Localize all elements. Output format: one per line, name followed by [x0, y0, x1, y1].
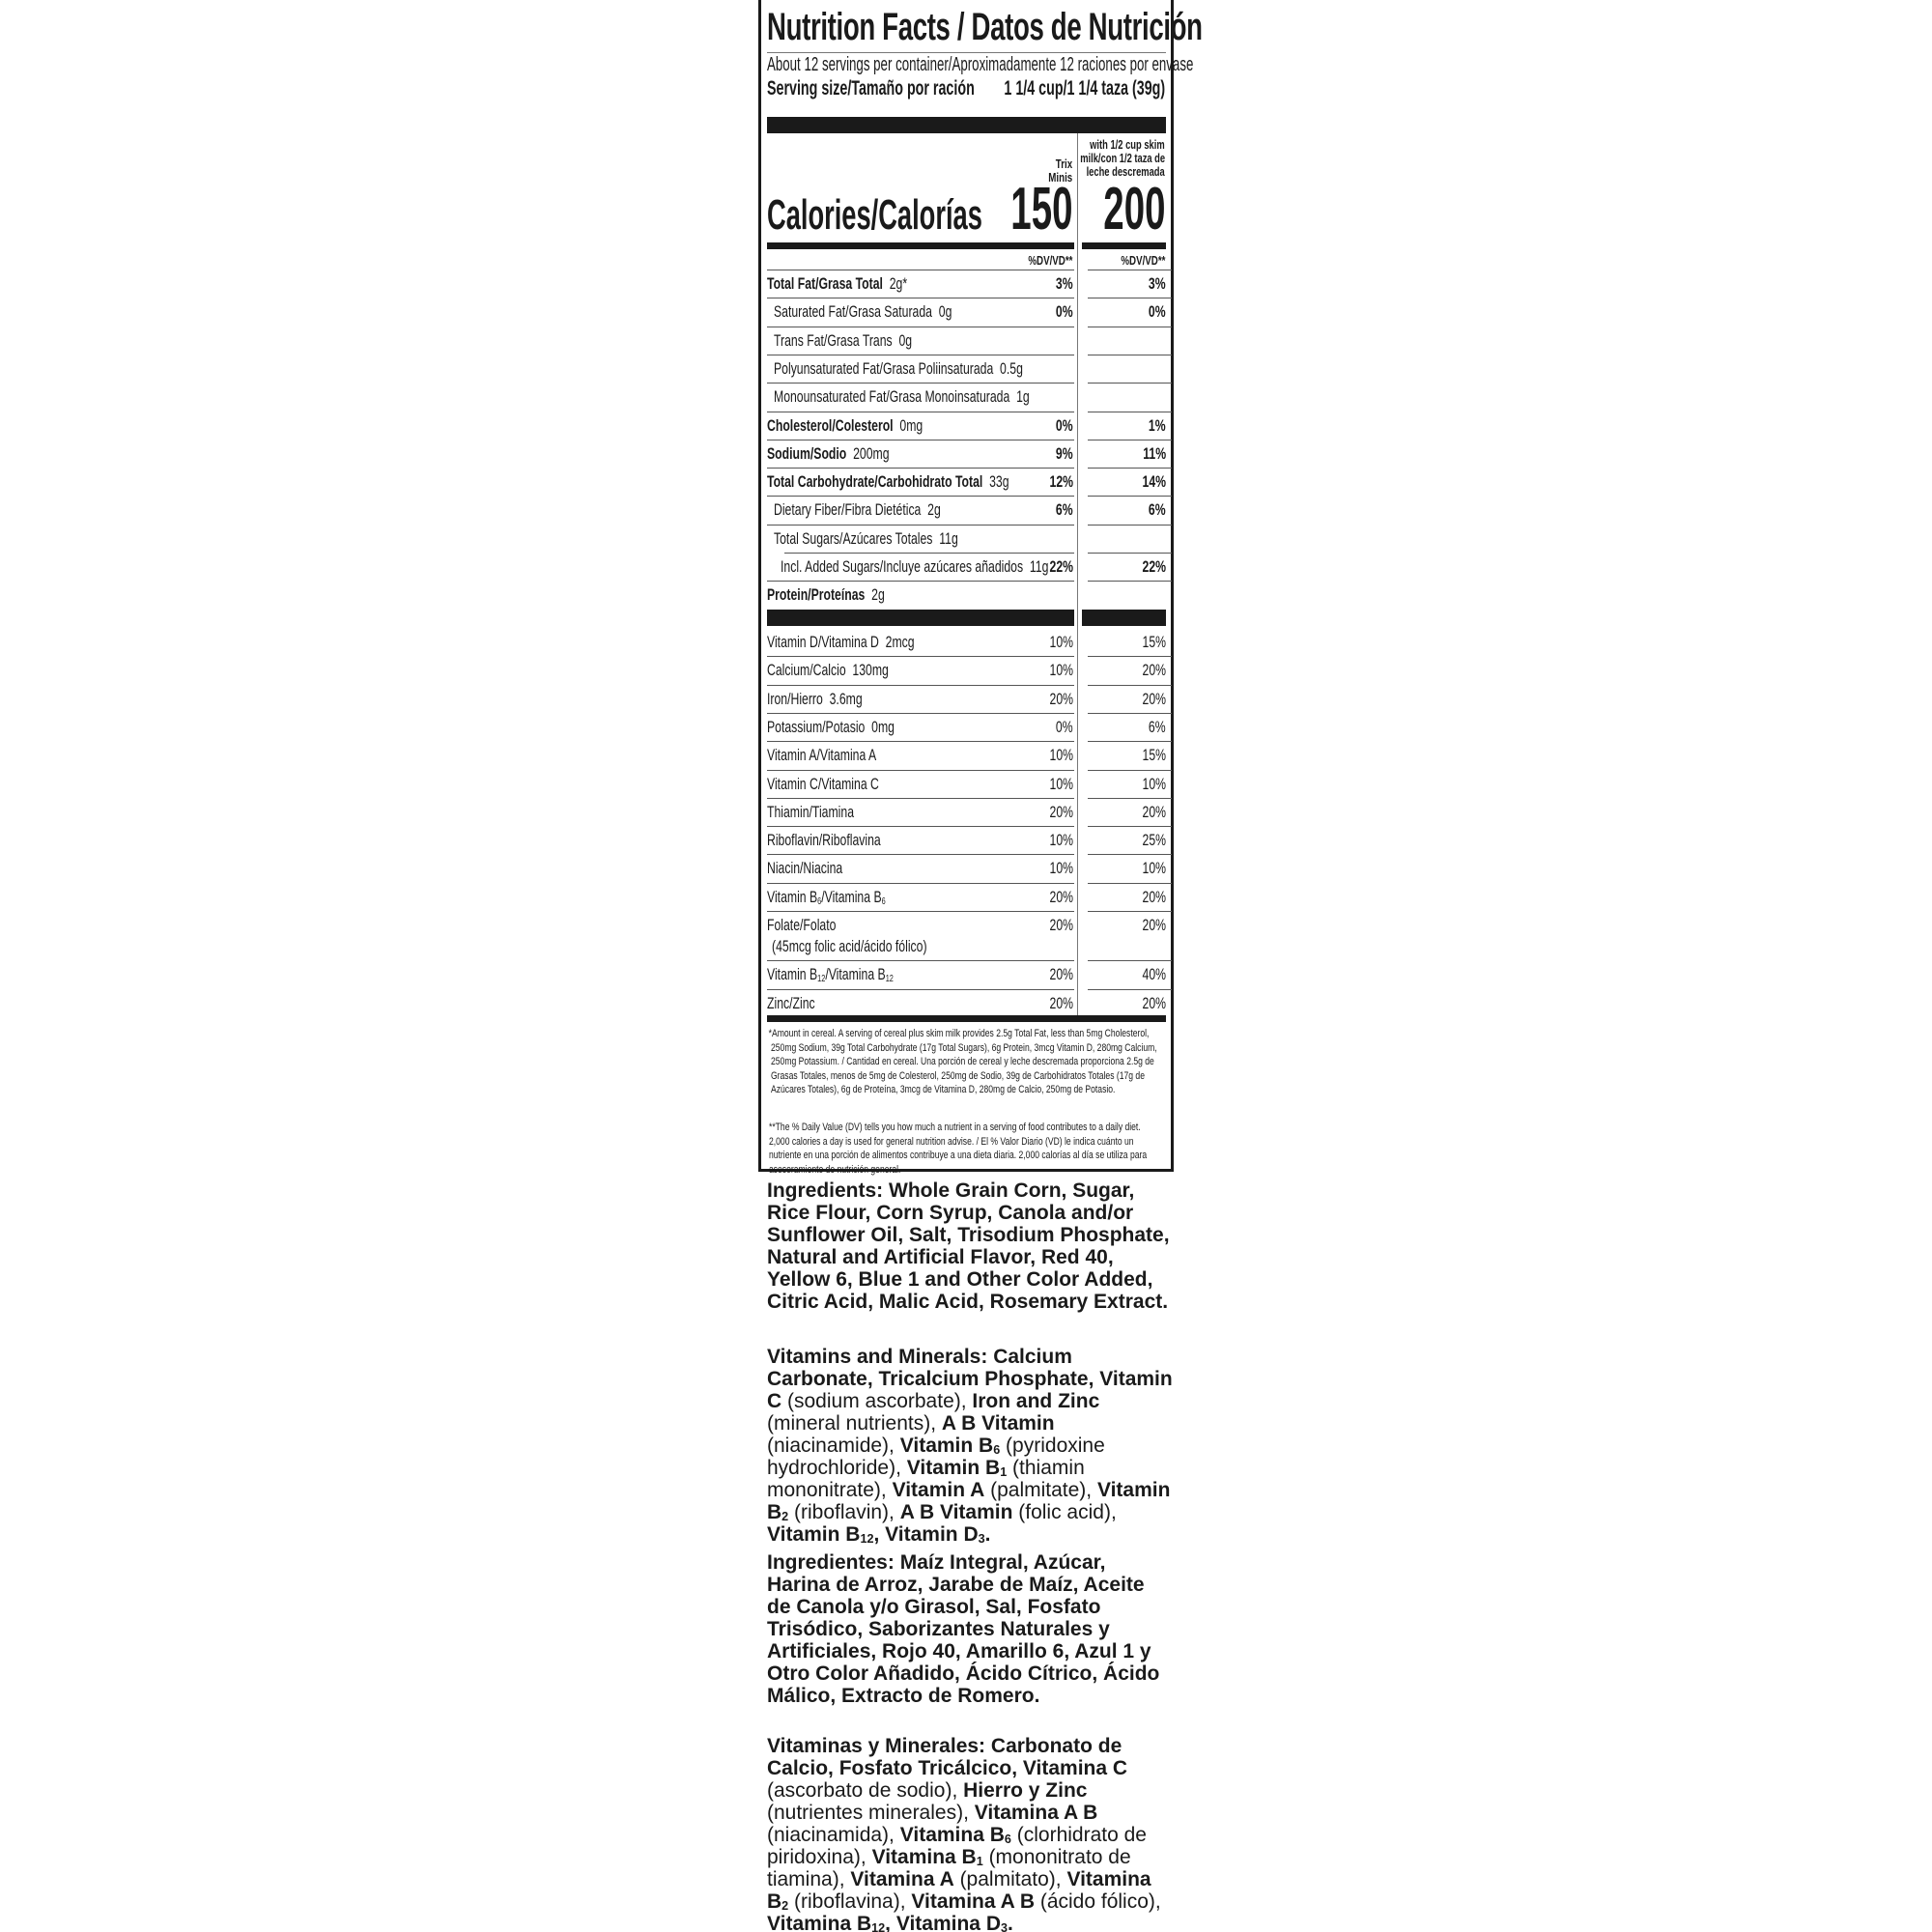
subscript: 3: [1001, 1921, 1008, 1932]
vitamin-dv-col1: 20%: [1049, 916, 1073, 935]
vitamin-row: Potassium/Potasio 0mg0%6%: [767, 713, 1166, 741]
nutrient-name: Incl. Added Sugars/Incluye azúcares añad…: [781, 557, 1048, 577]
vitamins-minerals-spanish-label: Vitaminas y Minerales:: [767, 1735, 985, 1757]
vitamins-minerals-english-text: Calcium Carbonate, Tricalcium Phosphate,…: [767, 1346, 1173, 1546]
nutrient-dv-col1: 3%: [1056, 274, 1073, 294]
nutrient-row: Monounsaturated Fat/Grasa Monoinsaturada…: [767, 383, 1166, 411]
nutrient-name: Protein/Proteínas 2g: [767, 585, 885, 605]
nutrient-row: Sodium/Sodio 200mg9%11%: [767, 440, 1166, 468]
title-rule: [767, 52, 1166, 53]
vitamin-dv-col2: 20%: [1142, 888, 1166, 907]
ingredient-fragment: Vitamina A: [850, 1868, 953, 1890]
vitamin-row: Iron/Hierro 3.6mg20%20%: [767, 685, 1166, 713]
ingredient-fragment: (nutrientes minerales),: [767, 1802, 975, 1824]
row-rule-left: [767, 656, 1074, 657]
serving-size-value: 1 1/4 cup/1 1/4 taza (39g): [928, 77, 1165, 100]
row-rule-left: [767, 798, 1074, 799]
vitamin-name: Riboflavin/Riboflavina: [767, 831, 881, 850]
vitamin-dv-col1: 10%: [1049, 661, 1073, 680]
nutrient-name-text: Total Fat/Grasa Total: [767, 274, 883, 293]
footnote-1-text: *Amount in cereal. A serving of cereal p…: [769, 1028, 1157, 1095]
row-rule-left: [767, 770, 1074, 771]
ingredient-fragment: (palmitato),: [954, 1868, 1067, 1890]
vitamin-dv-col2: 10%: [1142, 775, 1166, 794]
nutrient-name: Cholesterol/Colesterol 0mg: [767, 416, 923, 436]
vitamin-dv-col2: 15%: [1142, 746, 1166, 765]
nutrient-name: Monounsaturated Fat/Grasa Monoinsaturada…: [774, 387, 1030, 407]
nutrient-row: Polyunsaturated Fat/Grasa Poliinsaturada…: [767, 355, 1166, 383]
row-rule-left: [767, 383, 1074, 384]
ingredient-fragment: A B Vitamin: [900, 1501, 1013, 1523]
vitamin-row: Vitamin B6/Vitamina B620%20%: [767, 883, 1166, 911]
row-rule-right: [1088, 270, 1172, 270]
ingredient-fragment: Hierro y Zinc: [963, 1779, 1087, 1802]
row-rule-right: [1088, 468, 1172, 469]
nutrient-name-text: Saturated Fat/Grasa Saturada: [774, 302, 932, 321]
vitamin-name-text: Riboflavin/Riboflavina: [767, 831, 881, 849]
vitamin-dv-col1: 20%: [1049, 994, 1073, 1013]
nutrient-amount: 2g: [865, 585, 884, 604]
ingredient-fragment: Vitamina B: [767, 1913, 871, 1932]
nutrient-name-text: Trans Fat/Grasa Trans: [774, 331, 893, 350]
vitamin-amount: 3.6mg: [823, 690, 863, 708]
dv-header-col1: %DV/VD**: [1013, 253, 1072, 268]
vitamin-row: Riboflavin/Riboflavina10%25%: [767, 826, 1166, 854]
nutrient-name-text: Total Carbohydrate/Carbohidrato Total: [767, 472, 982, 491]
ingredient-fragment: (palmitate),: [984, 1479, 1097, 1501]
ingredient-fragment: (riboflavin),: [788, 1501, 900, 1523]
ingredient-fragment: Vitamin B: [907, 1457, 1000, 1479]
nutrient-dv-col2: 22%: [1142, 557, 1166, 577]
nutrient-name: Total Sugars/Azúcares Totales 11g: [774, 529, 958, 549]
row-rule-left: [767, 826, 1074, 827]
nutrient-dv-col2: 11%: [1143, 444, 1166, 464]
vitamin-amount: 2mcg: [879, 633, 915, 651]
ingredients-spanish-label: Ingredientes:: [767, 1551, 895, 1574]
nutrient-row: Trans Fat/Grasa Trans 0g: [767, 327, 1166, 355]
row-rule-left: [767, 854, 1074, 855]
col2-header: with 1/2 cup skim milk/con 1/2 taza de l…: [1047, 138, 1165, 179]
row-rule-right: [1088, 553, 1172, 554]
subscript: 12: [860, 1532, 873, 1546]
nutrient-name-text: Dietary Fiber/Fibra Dietética: [774, 500, 921, 519]
vitamin-dv-col2: 20%: [1142, 994, 1166, 1013]
servings-per-container-text: About 12 servings per container/Aproxima…: [767, 54, 1193, 76]
row-rule-left: [767, 412, 1074, 412]
row-rule-right: [1088, 525, 1172, 526]
nutrient-amount: 0g: [893, 331, 912, 350]
vitamin-name: Vitamin C/Vitamina C: [767, 775, 879, 794]
row-rule-left: [767, 270, 1074, 270]
vitamin-row: Thiamin/Tiamina20%20%: [767, 798, 1166, 826]
nutrient-amount: 11g: [932, 529, 957, 548]
vitamin-name-text: Vitamin C/Vitamina C: [767, 775, 879, 793]
row-rule-left: [767, 741, 1074, 742]
vitamin-name-text: Vitamin B6/Vitamina B6: [767, 888, 886, 906]
ingredient-fragment: .: [1008, 1913, 1013, 1932]
vitamin-dv-col1: 10%: [1049, 859, 1073, 878]
nutrient-amount: 11g: [1023, 557, 1048, 576]
row-rule-right: [1088, 911, 1172, 912]
nutrient-row: Protein/Proteínas 2g: [767, 581, 1166, 609]
serving-size-value-text: 1 1/4 cup/1 1/4 taza (39g): [1004, 77, 1165, 100]
row-rule-right: [1088, 496, 1172, 497]
nutrient-name-text: Cholesterol/Colesterol: [767, 416, 894, 435]
nutrient-amount: 33g: [982, 472, 1009, 491]
vitamin-name: Calcium/Calcio 130mg: [767, 661, 889, 680]
row-rule-left: [784, 553, 1074, 554]
nutrient-name: Polyunsaturated Fat/Grasa Poliinsaturada…: [774, 359, 1023, 379]
row-rule-right: [1088, 713, 1172, 714]
ingredient-fragment: Vitamin A: [893, 1479, 985, 1501]
vitamin-dv-col1: 20%: [1049, 690, 1073, 709]
row-rule-right: [1088, 355, 1172, 355]
vitamin-name: Vitamin B12/Vitamina B12: [767, 965, 894, 984]
dv-header-col1-text: %DV/VD**: [1028, 253, 1072, 268]
nutrient-name-text: Protein/Proteínas: [767, 585, 865, 604]
ingredient-fragment: (folic acid),: [1012, 1501, 1116, 1523]
nutrient-name-text: Total Sugars/Azúcares Totales: [774, 529, 932, 548]
vitamin-row: Vitamin D/Vitamina D 2mcg10%15%: [767, 628, 1166, 656]
calories-col2-value: 200: [1103, 180, 1165, 240]
row-rule-right: [1088, 581, 1172, 582]
vitamin-dv-col2: 20%: [1142, 661, 1166, 680]
thick-bar-top: [767, 117, 1166, 133]
nutrient-row: Total Sugars/Azúcares Totales 11g: [767, 525, 1166, 553]
nutrition-facts-label: Nutrition Facts / Datos de Nutrición Abo…: [758, 0, 1174, 1172]
nutrient-dv-col1: 12%: [1049, 472, 1073, 492]
vitamins-bar-left: [767, 610, 1074, 626]
vitamins-bar-right: [1082, 610, 1166, 626]
vitamin-name: Iron/Hierro 3.6mg: [767, 690, 863, 709]
subscript: 12: [871, 1921, 885, 1932]
vitamin-amount: (45mcg folic acid/ácido fólico): [772, 937, 927, 956]
vitamin-dv-col1: 10%: [1049, 831, 1073, 850]
vitamin-row: Folate/Folato(45mcg folic acid/ácido fól…: [767, 911, 1166, 960]
vitamins-minerals-english-label: Vitamins and Minerals:: [767, 1346, 987, 1368]
vitamin-name: Vitamin A/Vitamina A: [767, 746, 876, 765]
vitamin-name: Vitamin D/Vitamina D 2mcg: [767, 633, 915, 652]
vitamin-name-text: Niacin/Niacina: [767, 859, 842, 877]
ingredient-fragment: (mineral nutrients),: [767, 1412, 942, 1435]
vitamin-dv-col2: 40%: [1142, 965, 1166, 984]
row-rule-left: [767, 468, 1074, 469]
ingredient-fragment: Iron and Zinc: [972, 1390, 1099, 1412]
ingredient-fragment: A B Vitamin: [942, 1412, 1055, 1435]
vitamin-row: Niacin/Niacina10%10%: [767, 854, 1166, 882]
ingredient-fragment: Vitamina A B: [911, 1890, 1035, 1913]
nutrient-dv-col2: 3%: [1149, 274, 1166, 294]
row-rule-right: [1088, 798, 1172, 799]
ingredient-fragment: (ácido fólico),: [1035, 1890, 1161, 1913]
vitamins-minerals-spanish-text: Carbonato de Calcio, Fosfato Tricálcico,…: [767, 1735, 1161, 1932]
row-rule-left: [767, 355, 1074, 355]
vitamin-amount: 0mg: [865, 718, 895, 736]
vitamin-name-text: Vitamin B12/Vitamina B12: [767, 965, 894, 983]
vitamin-dv-col2: 6%: [1149, 718, 1166, 737]
vitamin-name-text: Zinc/Zinc: [767, 994, 815, 1012]
row-rule-right: [1088, 826, 1172, 827]
ingredients-spanish-text: Maíz Integral, Azúcar, Harina de Arroz, …: [767, 1551, 1159, 1707]
nutrient-row: Dietary Fiber/Fibra Dietética 2g6%6%: [767, 496, 1166, 524]
row-rule-right: [1088, 685, 1172, 686]
vitamin-name-text: Thiamin/Tiamina: [767, 803, 854, 821]
row-rule-right: [1088, 741, 1172, 742]
row-rule-right: [1088, 960, 1172, 961]
nutrient-name: Trans Fat/Grasa Trans 0g: [774, 331, 912, 351]
nutrient-amount: 0mg: [894, 416, 923, 435]
nutrient-name: Saturated Fat/Grasa Saturada 0g: [774, 302, 952, 322]
ingredients-spanish: Ingredientes: Maíz Integral, Azúcar, Har…: [767, 1551, 1173, 1707]
ingredients-english-label: Ingredients:: [767, 1179, 883, 1202]
vitamin-name-text: Folate/Folato: [767, 916, 836, 934]
nutrient-amount: 2g*: [883, 274, 907, 293]
nutrient-name-text: Polyunsaturated Fat/Grasa Poliinsaturada: [774, 359, 993, 378]
col2-header-line1: with 1/2 cup skim: [1090, 138, 1165, 152]
vitamins-minerals-spanish: Vitaminas y Minerales: Carbonato de Calc…: [767, 1735, 1173, 1932]
ingredient-fragment: , Vitamin D: [873, 1523, 978, 1546]
row-rule-left: [767, 989, 1074, 990]
row-rule-right: [1088, 412, 1172, 412]
row-rule-left: [767, 960, 1074, 961]
nutrient-amount: 200mg: [846, 444, 889, 463]
ingredient-fragment: Vitamin B: [900, 1435, 993, 1457]
calories-col2: 200: [1065, 180, 1165, 240]
nutrient-dv-col2: 6%: [1149, 500, 1166, 520]
vitamin-dv-col1: 10%: [1049, 775, 1073, 794]
ingredient-fragment: , Vitamina D: [885, 1913, 1001, 1932]
ingredient-fragment: (ascorbato de sodio),: [767, 1779, 963, 1802]
vitamin-name: Thiamin/Tiamina: [767, 803, 854, 822]
footnote-2-text: **The % Daily Value (DV) tells you how m…: [769, 1122, 1147, 1176]
row-rule-left: [767, 525, 1074, 526]
nutrient-amount: 2g: [921, 500, 940, 519]
vitamin-name: Potassium/Potasio 0mg: [767, 718, 895, 737]
vitamin-name: Zinc/Zinc: [767, 994, 815, 1013]
calories-col1: 150: [973, 180, 1072, 240]
servings-per-container: About 12 servings per container/Aproxima…: [767, 54, 1408, 76]
row-rule-left: [767, 298, 1074, 298]
vitamin-dv-col2: 20%: [1142, 690, 1166, 709]
vitamin-row: Vitamin A/Vitamina A10%15%: [767, 741, 1166, 769]
vitamin-row: Vitamin B12/Vitamina B1220%40%: [767, 960, 1166, 988]
nutrient-dv-col1: 9%: [1056, 444, 1073, 464]
vitamins-minerals-english: Vitamins and Minerals: Calcium Carbonate…: [767, 1346, 1173, 1546]
row-rule-right: [1088, 989, 1172, 990]
row-rule-left: [767, 911, 1074, 912]
row-rule-right: [1088, 440, 1172, 440]
vitamin-dv-col2: 15%: [1142, 633, 1166, 652]
row-rule-right: [1088, 298, 1172, 298]
nutrient-dv-col1: 22%: [1049, 557, 1073, 577]
nutrient-row: Total Fat/Grasa Total 2g*3%3%: [767, 270, 1166, 298]
nutrient-row: Cholesterol/Colesterol 0mg0%1%: [767, 412, 1166, 440]
nutrient-dv-col1: 6%: [1056, 500, 1073, 520]
row-rule-right: [1088, 327, 1172, 327]
row-rule-right: [1088, 883, 1172, 884]
calories-label-text: Calories/Calorías: [767, 193, 982, 238]
nutrient-name-text: Incl. Added Sugars/Incluye azúcares añad…: [781, 557, 1023, 576]
nutrient-dv-col2: 0%: [1149, 302, 1166, 322]
nutrient-name: Dietary Fiber/Fibra Dietética 2g: [774, 500, 941, 520]
ingredient-fragment: Vitamin B: [767, 1523, 860, 1546]
row-rule-right: [1088, 854, 1172, 855]
vitamin-name-text: Vitamin A/Vitamina A: [767, 746, 876, 764]
footnote-amount-in-cereal: *Amount in cereal. A serving of cereal p…: [771, 1027, 1161, 1097]
row-rule-left: [767, 713, 1074, 714]
nutrient-name-text: Monounsaturated Fat/Grasa Monoinsaturada: [774, 387, 1009, 406]
ingredient-fragment: (riboflavina),: [788, 1890, 911, 1913]
row-rule-right: [1088, 770, 1172, 771]
vitamin-dv-col2: 10%: [1142, 859, 1166, 878]
vitamin-dv-col2: 25%: [1142, 831, 1166, 850]
row-rule-left: [767, 685, 1074, 686]
nutrient-amount: 0.5g: [993, 359, 1023, 378]
row-rule-right: [1088, 656, 1172, 657]
vitamin-dv-col1: 10%: [1049, 633, 1073, 652]
vitamin-dv-col2: 20%: [1142, 803, 1166, 822]
nutrient-amount: 1g: [1009, 387, 1029, 406]
vitamin-name: Folate/Folato: [767, 916, 836, 935]
nutrient-row: Incl. Added Sugars/Incluye azúcares añad…: [767, 553, 1166, 581]
vitamin-name-text: Potassium/Potasio: [767, 718, 865, 736]
label-title: Nutrition Facts / Datos de Nutrición: [767, 6, 1173, 49]
vitamin-name: Niacin/Niacina: [767, 859, 842, 878]
nutrient-name: Total Fat/Grasa Total 2g*: [767, 274, 907, 294]
row-rule-right: [1088, 383, 1172, 384]
nutrient-dv-col2: 1%: [1149, 416, 1166, 436]
thick-bar-bottom: [767, 1015, 1166, 1022]
vitamin-name-text: Iron/Hierro: [767, 690, 823, 708]
vitamin-name-text: Vitamin D/Vitamina D: [767, 633, 879, 651]
nutrient-dv-col1: 0%: [1056, 302, 1073, 322]
vitamin-row: Vitamin C/Vitamina C10%10%: [767, 770, 1166, 798]
nutrient-name-text: Sodium/Sodio: [767, 444, 846, 463]
ingredient-fragment: (niacinamida),: [767, 1824, 900, 1846]
subscript: 1: [977, 1855, 983, 1868]
vitamin-amount: 130mg: [846, 661, 889, 679]
ingredient-fragment: Vitamina A B: [975, 1802, 1098, 1824]
dv-header-col2: %DV/VD**: [1106, 253, 1165, 268]
col2-header-line2: milk/con 1/2 taza de: [1080, 152, 1165, 165]
vitamin-dv-col2: 20%: [1142, 916, 1166, 935]
vitamin-row: Zinc/Zinc20%20%: [767, 989, 1166, 1017]
calories-bar-left: [767, 242, 1074, 249]
nutrient-row: Saturated Fat/Grasa Saturada 0g0%0%: [767, 298, 1166, 326]
row-rule-left: [767, 327, 1074, 327]
subscript: 3: [979, 1532, 985, 1546]
nutrient-row: Total Carbohydrate/Carbohidrato Total 33…: [767, 468, 1166, 496]
row-rule-left: [767, 883, 1074, 884]
vitamin-dv-col1: 20%: [1049, 888, 1073, 907]
vitamin-dv-col1: 10%: [1049, 746, 1073, 765]
row-rule-left: [767, 496, 1074, 497]
subscript: 6: [1005, 1833, 1011, 1846]
vitamin-name: Vitamin B6/Vitamina B6: [767, 888, 886, 907]
label-title-text: Nutrition Facts / Datos de Nutrición: [767, 6, 1203, 49]
calories-bar-right: [1082, 242, 1166, 249]
vitamin-name-text: Calcium/Calcio: [767, 661, 846, 679]
nutrient-amount: 0g: [932, 302, 952, 321]
ingredient-fragment: Vitamina B: [872, 1846, 977, 1868]
ingredients-english: Ingredients: Whole Grain Corn, Sugar, Ri…: [767, 1179, 1173, 1313]
row-rule-left: [767, 581, 1074, 582]
ingredient-fragment: (niacinamide),: [767, 1435, 900, 1457]
ingredient-fragment: (sodium ascorbate),: [781, 1390, 972, 1412]
vitamin-row: Calcium/Calcio 130mg10%20%: [767, 656, 1166, 684]
vitamin-dv-col1: 0%: [1056, 718, 1073, 737]
ingredient-fragment: Vitamina B: [900, 1824, 1005, 1846]
row-rule-left: [767, 440, 1074, 440]
vitamin-dv-col1: 20%: [1049, 803, 1073, 822]
nutrient-name: Sodium/Sodio 200mg: [767, 444, 890, 464]
footnote-daily-value: **The % Daily Value (DV) tells you how m…: [769, 1121, 1161, 1177]
nutrient-name: Total Carbohydrate/Carbohidrato Total 33…: [767, 472, 1009, 492]
vitamin-dv-col1: 20%: [1049, 965, 1073, 984]
nutrient-dv-col1: 0%: [1056, 416, 1073, 436]
calories-col1-value: 150: [1010, 180, 1072, 240]
ingredient-fragment: .: [985, 1523, 991, 1546]
nutrient-dv-col2: 14%: [1142, 472, 1166, 492]
dv-header-col2-text: %DV/VD**: [1121, 253, 1165, 268]
